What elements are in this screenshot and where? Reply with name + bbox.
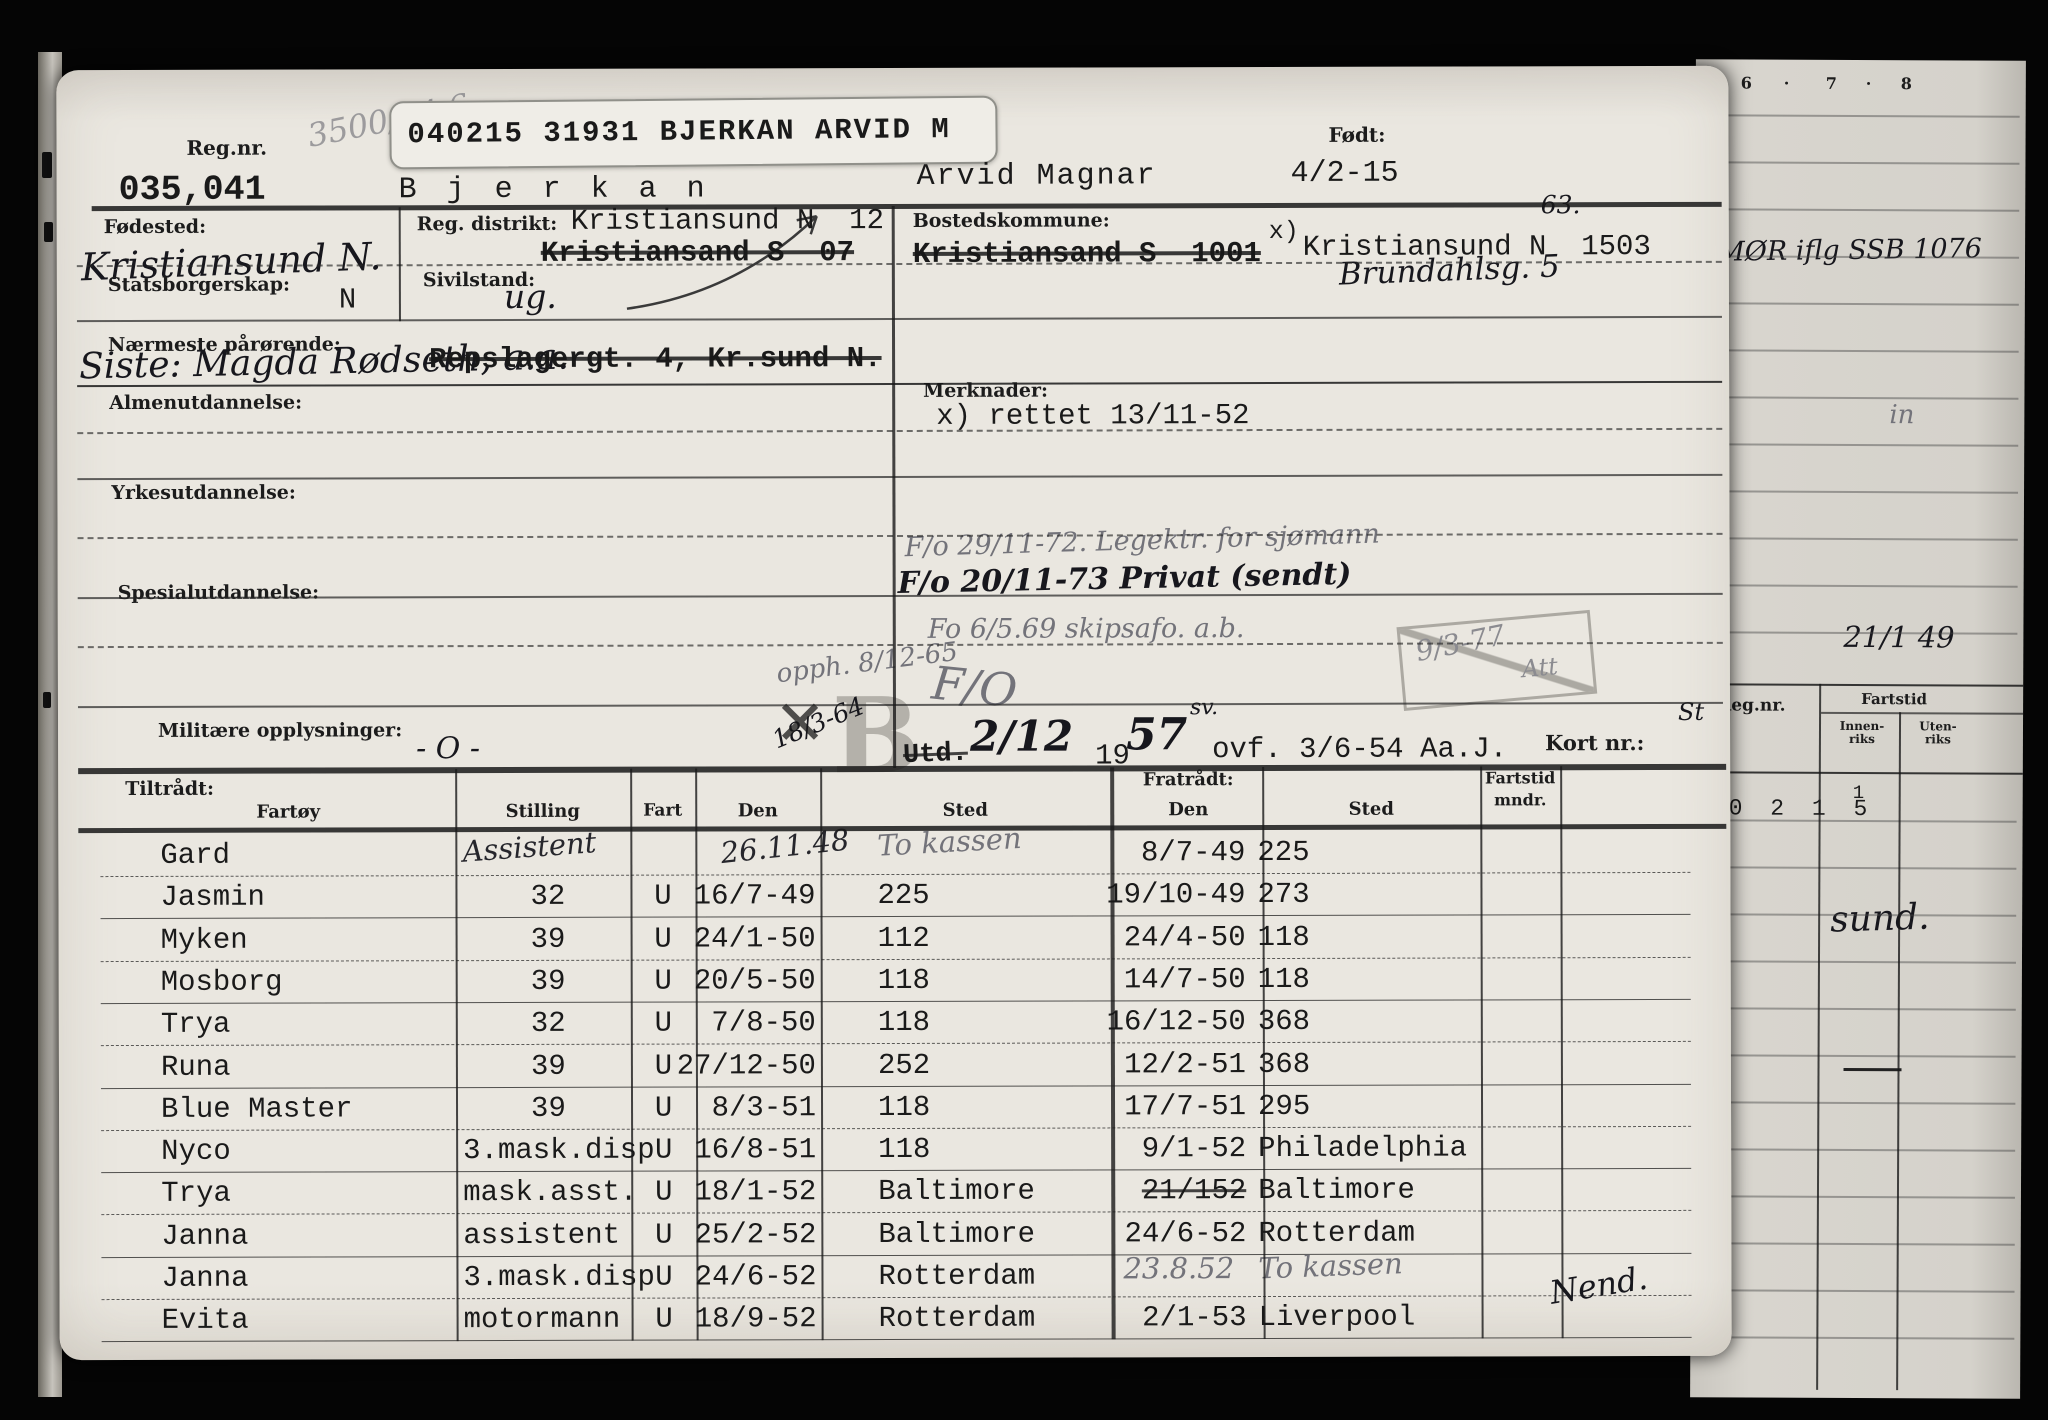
cell-place2: To kassen: [1258, 1246, 1403, 1285]
cell-position: 3.mask.disp: [463, 1134, 655, 1169]
cell-vessel: Jasmin: [160, 881, 265, 915]
cell-position: mask.asst.: [463, 1176, 637, 1210]
table-row: JannaassistentU25/2-52Baltimore24/6-52Ro…: [101, 1210, 1691, 1258]
cell-position: 39: [531, 922, 566, 956]
margin-digit: 8: [1901, 74, 1912, 93]
table-row: Tryamask.asst.U18/1-52Baltimore21/152Bal…: [101, 1167, 1691, 1215]
table-row: Myken39U24/1-5011224/4-50118: [101, 914, 1691, 962]
table-row: Trya32U7/8-5011816/12-50368: [101, 998, 1691, 1046]
cell-date2: 23.8.52: [1123, 1251, 1234, 1285]
cell-date2: 9/1-52: [1106, 1132, 1246, 1166]
cell-place2: 273: [1257, 878, 1309, 912]
rule-line: [1701, 161, 2019, 164]
cell-place: 112: [878, 922, 930, 956]
cell-vessel: Runa: [161, 1050, 231, 1084]
scanner-background: 6 · 7 · 8 MØR iflg SSB 1076 in 21/1 49 R…: [0, 0, 2048, 1420]
rule-line: [1700, 396, 2018, 399]
cell-place: 118: [878, 1133, 930, 1167]
cell-date2: 16/12-50: [1106, 1005, 1246, 1039]
cell-place2: Liverpool: [1259, 1301, 1416, 1335]
cell-place: Baltimore: [878, 1217, 1035, 1251]
rule-line: [1697, 1242, 2015, 1245]
rule-line: [1701, 302, 2019, 305]
cell-place: 225: [877, 879, 929, 913]
cell-vessel: Evita: [162, 1304, 249, 1338]
cell-place2: 368: [1258, 1047, 1310, 1081]
edge-mark: [42, 152, 52, 178]
cell-vessel: Blue Master: [161, 1092, 353, 1127]
rule-line: [1697, 1289, 2015, 1292]
cell-position: 32: [530, 880, 565, 914]
rule-line: [1696, 1336, 2014, 1339]
rule-line: [1693, 771, 2023, 774]
cell-date2: 19/10-49: [1105, 878, 1245, 912]
rule-line: [399, 207, 401, 321]
register-card: Reg.nr. 3500/34,6 035,041 040215 31931 B…: [56, 66, 1731, 1360]
table-row: Mosborg39U20/5-5011814/7-50118: [101, 956, 1691, 1004]
rule-line: [1896, 712, 1901, 1390]
cell-vessel: Trya: [161, 1008, 231, 1042]
margin-digit: 7: [1826, 74, 1837, 93]
rule-line: [1702, 114, 2020, 117]
edge-mark: [43, 692, 51, 708]
table-row: Runa39U27/12-5025212/2-51368: [101, 1040, 1691, 1088]
rule-line: [1699, 819, 2017, 822]
table-row: Nyco3.mask.dispU16/8-511189/1-52Philadel…: [101, 1125, 1691, 1173]
rule-line: [1701, 349, 2019, 352]
cell-vessel: Janna: [161, 1219, 248, 1253]
cell-vessel: Gard: [160, 839, 230, 873]
cell-vessel: Myken: [161, 923, 248, 957]
rule-line: [1700, 537, 2018, 540]
cell-position: 3.mask.disp: [463, 1261, 655, 1296]
side-card-innenriks-label: Innen- riks: [1831, 720, 1893, 746]
table-row: EvitamotormannU18/9-52Rotterdam2/1-53Liv…: [102, 1294, 1692, 1342]
side-card-handwriting-top: MØR iflg SSB 1076: [1717, 233, 1982, 267]
rule-line: [1700, 584, 2018, 587]
cell-date2: 24/6-52: [1106, 1217, 1246, 1251]
table-row: Janna3.mask.dispU24/6-52Rotterdam23.8.52…: [101, 1252, 1691, 1300]
rule-line: [1698, 866, 2016, 869]
rule-line: [1701, 208, 2019, 211]
rule-line: [1697, 1195, 2015, 1198]
cell-position: assistent: [463, 1218, 620, 1252]
cell-vessel: Trya: [161, 1177, 231, 1211]
rule-line: [1821, 712, 2023, 715]
side-card-handwriting-mid: in: [1889, 400, 1914, 430]
cell-date2: 2/1-53: [1107, 1301, 1247, 1335]
cell-place2: 225: [1257, 836, 1309, 870]
rule-line: [1816, 684, 1821, 1390]
cell-date2: 24/4-50: [1106, 921, 1246, 955]
side-card-date-note: 21/1 49: [1843, 620, 1954, 654]
cell-position: 39: [531, 1092, 566, 1126]
table-row: Blue Master39U8/3-5111817/7-51295: [101, 1083, 1691, 1131]
rule-line: [1698, 1007, 2016, 1010]
cell-position: motormann: [464, 1303, 621, 1337]
side-card-number: 0 2 1 5: [1729, 795, 1875, 822]
cell-vessel: Mosborg: [161, 965, 283, 999]
rule-line: [1700, 490, 2018, 493]
cell-position: 39: [531, 1049, 566, 1083]
side-card-handwriting-sund: sund.: [1830, 897, 1931, 941]
cell-place2: 118: [1258, 921, 1310, 955]
cell-place: 118: [878, 964, 930, 998]
cell-place: 252: [878, 1048, 930, 1082]
cell-vessel: Nyco: [161, 1135, 231, 1169]
rule-line: [1698, 1054, 2016, 1057]
cell-position: 39: [531, 965, 566, 999]
cell-place2: Philadelphia: [1258, 1132, 1467, 1167]
cell-place: 118: [878, 1006, 930, 1040]
cell-place2: 118: [1258, 963, 1310, 997]
cell-date2: 21/152: [1106, 1174, 1246, 1208]
margin-digit: 6: [1741, 73, 1752, 92]
cell-place: Rotterdam: [879, 1302, 1036, 1336]
cell-place2: Baltimore: [1258, 1174, 1415, 1208]
cell-date2: 14/7-50: [1106, 963, 1246, 997]
cell-place: 118: [878, 1091, 930, 1125]
side-card-utenriks-label: Uten- riks: [1907, 720, 1969, 746]
rule-line: [1698, 960, 2016, 963]
rule-line: [1693, 683, 2023, 686]
dot-mark: ·: [1784, 74, 1790, 93]
table-row: GardAssistent26.11.48To kassen8/7-49225: [100, 829, 1690, 877]
side-card-fartstid-label: Fartstid: [1861, 690, 1927, 708]
cell-vessel: Janna: [161, 1262, 248, 1296]
cell-place: Baltimore: [878, 1175, 1035, 1209]
edge-mark: [44, 222, 53, 242]
cell-date2: 12/2-51: [1106, 1048, 1246, 1082]
rule-line: [1697, 1101, 2015, 1104]
rule-line: [1700, 443, 2018, 446]
underlying-card: 6 · 7 · 8 MØR iflg SSB 1076 in 21/1 49 R…: [1690, 59, 2026, 1398]
cell-place: Rotterdam: [878, 1260, 1035, 1294]
side-card-dash: [1844, 1068, 1902, 1071]
cell-date2: 17/7-51: [1106, 1090, 1246, 1124]
rule-line: [1697, 1148, 2015, 1151]
table-row: Jasmin32U16/7-4922519/10-49273: [100, 871, 1690, 919]
cell-date2: 8/7-49: [1105, 836, 1245, 870]
cell-position: 32: [531, 1007, 566, 1041]
cell-place2: 368: [1258, 1005, 1310, 1039]
dot-mark: ·: [1866, 74, 1872, 93]
cell-place2: 295: [1258, 1090, 1310, 1124]
